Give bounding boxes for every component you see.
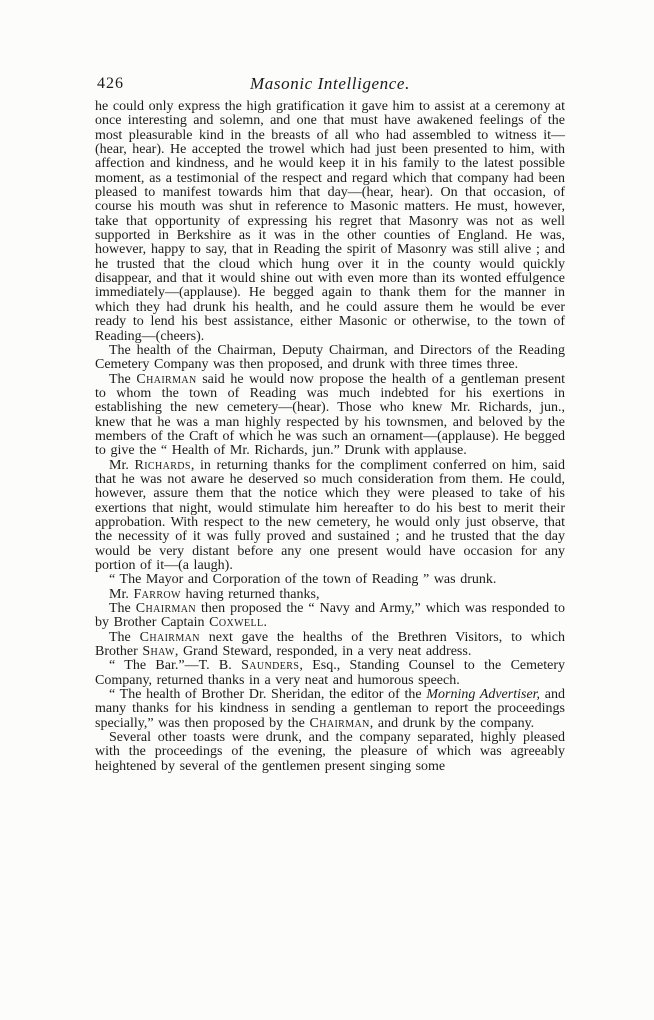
text-block: he could only express the high gratifica… (95, 100, 565, 774)
text-run: The (109, 601, 136, 616)
paragraph: “ The health of Brother Dr. Sheridan, th… (95, 688, 565, 731)
paragraph: Several other toasts were drunk, and the… (95, 731, 565, 774)
text-run: “ The health of Brother Dr. Sheridan, th… (109, 687, 426, 702)
small-caps-name: Chairman (136, 601, 196, 616)
paragraph: The Chairman next gave the healths of th… (95, 631, 565, 660)
text-run: Several other toasts were drunk, and the… (95, 730, 565, 774)
paragraph: The Chairman then proposed the “ Navy an… (95, 602, 565, 631)
text-run: “ The Bar.”—T. B. (109, 658, 241, 673)
paragraph: “ The Bar.”—T. B. Saunders, Esq., Standi… (95, 659, 565, 688)
text-run: The (109, 630, 140, 645)
text-run: , in returning thanks for the compliment… (95, 458, 565, 573)
running-title: Masonic Intelligence. (95, 74, 565, 94)
text-run: Mr. (109, 587, 133, 602)
small-caps-name: Shaw (142, 644, 174, 659)
small-caps-name: Coxwell (209, 615, 263, 630)
small-caps-name: Richards (134, 458, 190, 473)
paragraph: The Chairman said he would now propose t… (95, 373, 565, 459)
paragraph: The health of the Chairman, Deputy Chair… (95, 344, 565, 373)
italic-text: Morning Advertiser, (426, 687, 540, 702)
text-run: , Grand Steward, responded, in a very ne… (175, 644, 471, 659)
small-caps-name: Chairman (136, 372, 196, 387)
paragraph: Mr. Richards, in returning thanks for th… (95, 459, 565, 574)
paragraph: “ The Mayor and Corporation of the town … (95, 573, 565, 587)
small-caps-name: Chairman (140, 630, 200, 645)
text-run: . (263, 615, 267, 630)
page-header: 426 Masonic Intelligence. (95, 74, 565, 98)
small-caps-name: Saunders (241, 658, 299, 673)
text-run: “ The Mayor and Corporation of the town … (109, 572, 496, 587)
document-page: 426 Masonic Intelligence. he could only … (0, 0, 654, 1020)
text-run: having returned thanks, (181, 587, 320, 602)
paragraph: he could only express the high gratifica… (95, 100, 565, 344)
small-caps-name: Chairman (309, 716, 369, 731)
text-run: , and drunk by the company. (370, 716, 534, 731)
text-run: The (109, 372, 136, 387)
text-run: he could only express the high gratifica… (95, 99, 565, 344)
text-run: Mr. (109, 458, 134, 473)
paragraph: Mr. Farrow having returned thanks, (95, 588, 565, 602)
text-run: The health of the Chairman, Deputy Chair… (95, 343, 565, 372)
small-caps-name: Farrow (133, 587, 180, 602)
